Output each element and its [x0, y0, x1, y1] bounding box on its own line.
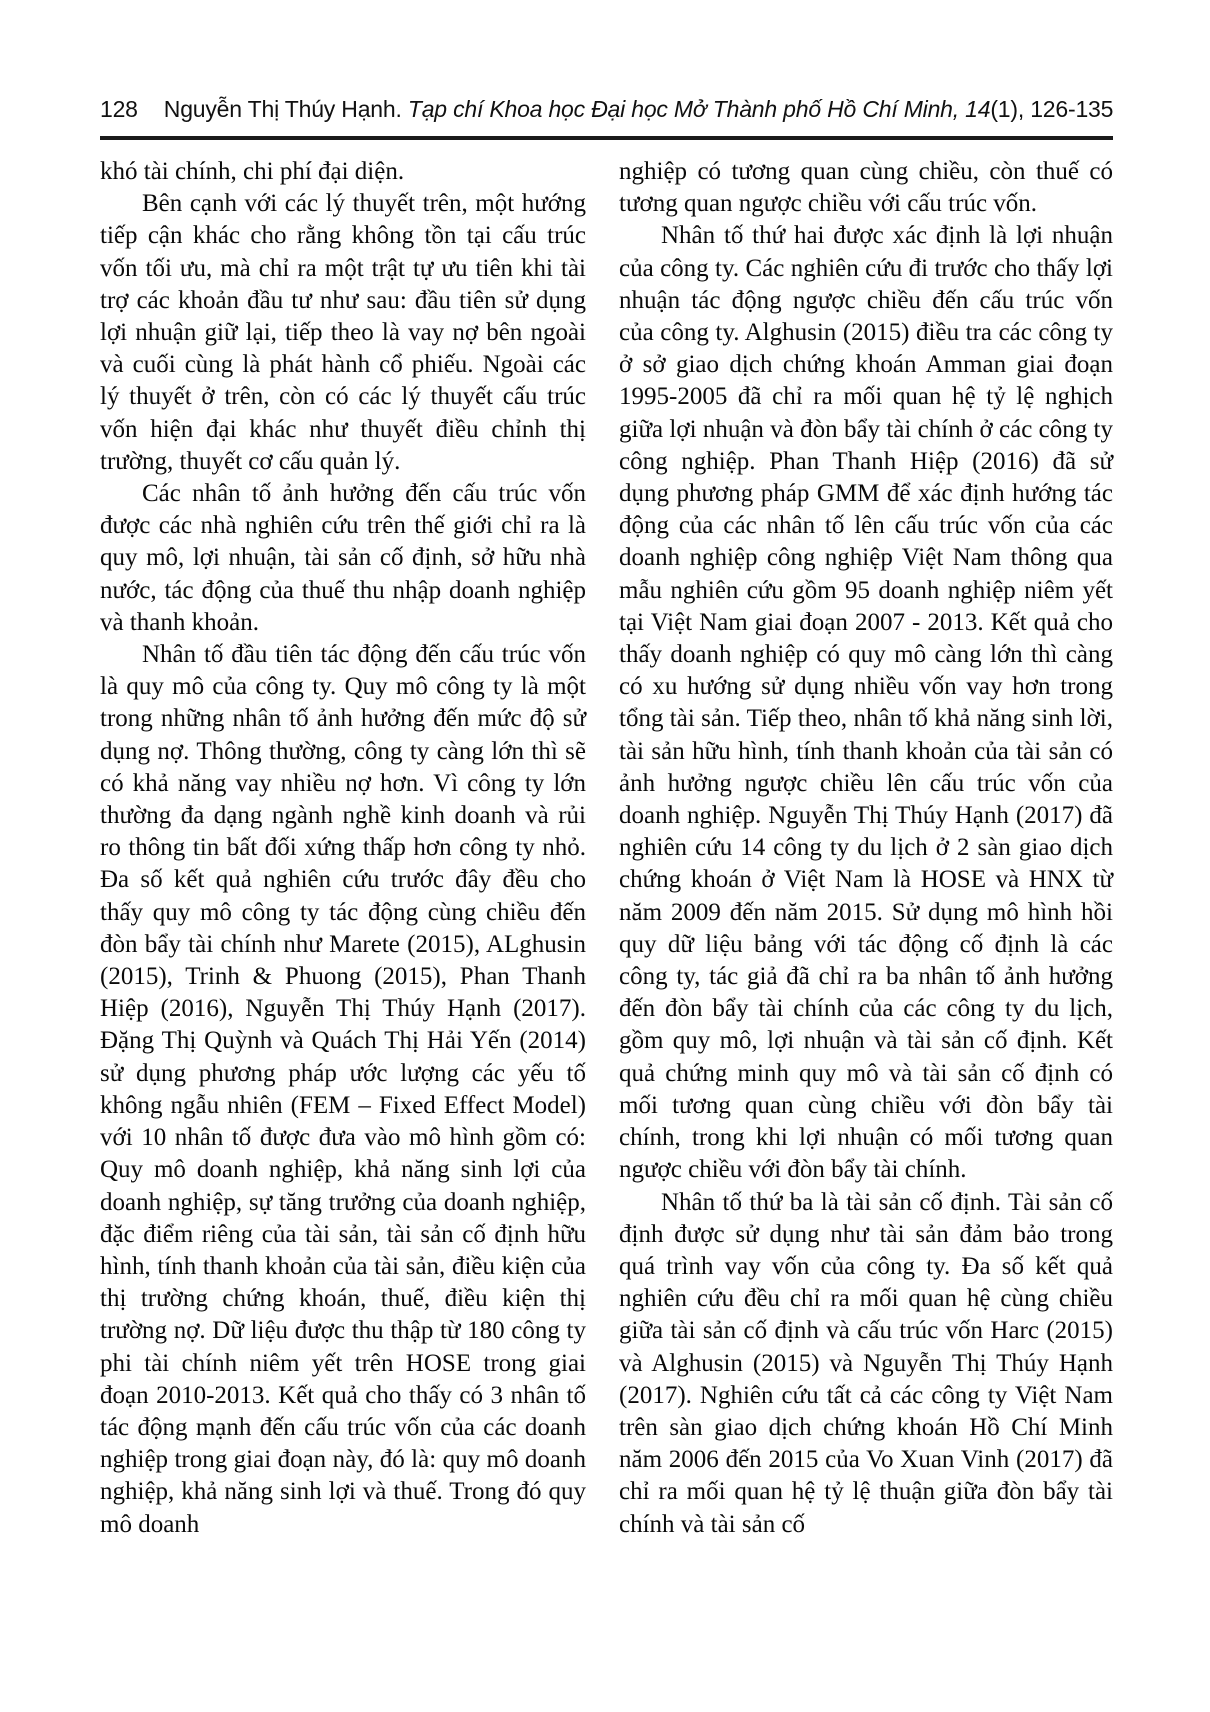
paragraph: Nhân tố thứ ba là tài sản cố định. Tài s…	[619, 1187, 1113, 1541]
page-number: 128	[100, 96, 138, 123]
paragraph: Nhân tố thứ hai được xác định là lợi nhu…	[619, 220, 1113, 1186]
paragraph: khó tài chính, chi phí đại diện.	[100, 156, 586, 188]
journal-issue-pages: (1), 126-135	[990, 96, 1113, 122]
article-body: khó tài chính, chi phí đại diện. Bên cạn…	[100, 156, 1113, 1541]
right-column: nghiệp có tương quan cùng chiều, còn thu…	[619, 156, 1113, 1541]
running-head-author: Nguyễn Thị Thúy Hạnh.	[164, 96, 402, 122]
running-header: 128 Nguyễn Thị Thúy Hạnh. Tạp chí Khoa h…	[100, 96, 1113, 123]
paragraph: nghiệp có tương quan cùng chiều, còn thu…	[619, 156, 1113, 220]
running-head-text: Nguyễn Thị Thúy Hạnh. Tạp chí Khoa học Đ…	[164, 96, 1113, 123]
left-column: khó tài chính, chi phí đại diện. Bên cạn…	[100, 156, 586, 1541]
header-rule	[100, 136, 1113, 140]
paragraph: Nhân tố đầu tiên tác động đến cấu trúc v…	[100, 639, 586, 1541]
journal-title: Tạp chí Khoa học Đại học Mở Thành phố Hồ…	[408, 96, 990, 122]
paragraph: Bên cạnh với các lý thuyết trên, một hướ…	[100, 188, 586, 478]
paragraph: Các nhân tố ảnh hưởng đến cấu trúc vốn đ…	[100, 478, 586, 639]
paper-page: 128 Nguyễn Thị Thúy Hạnh. Tạp chí Khoa h…	[0, 0, 1210, 1712]
